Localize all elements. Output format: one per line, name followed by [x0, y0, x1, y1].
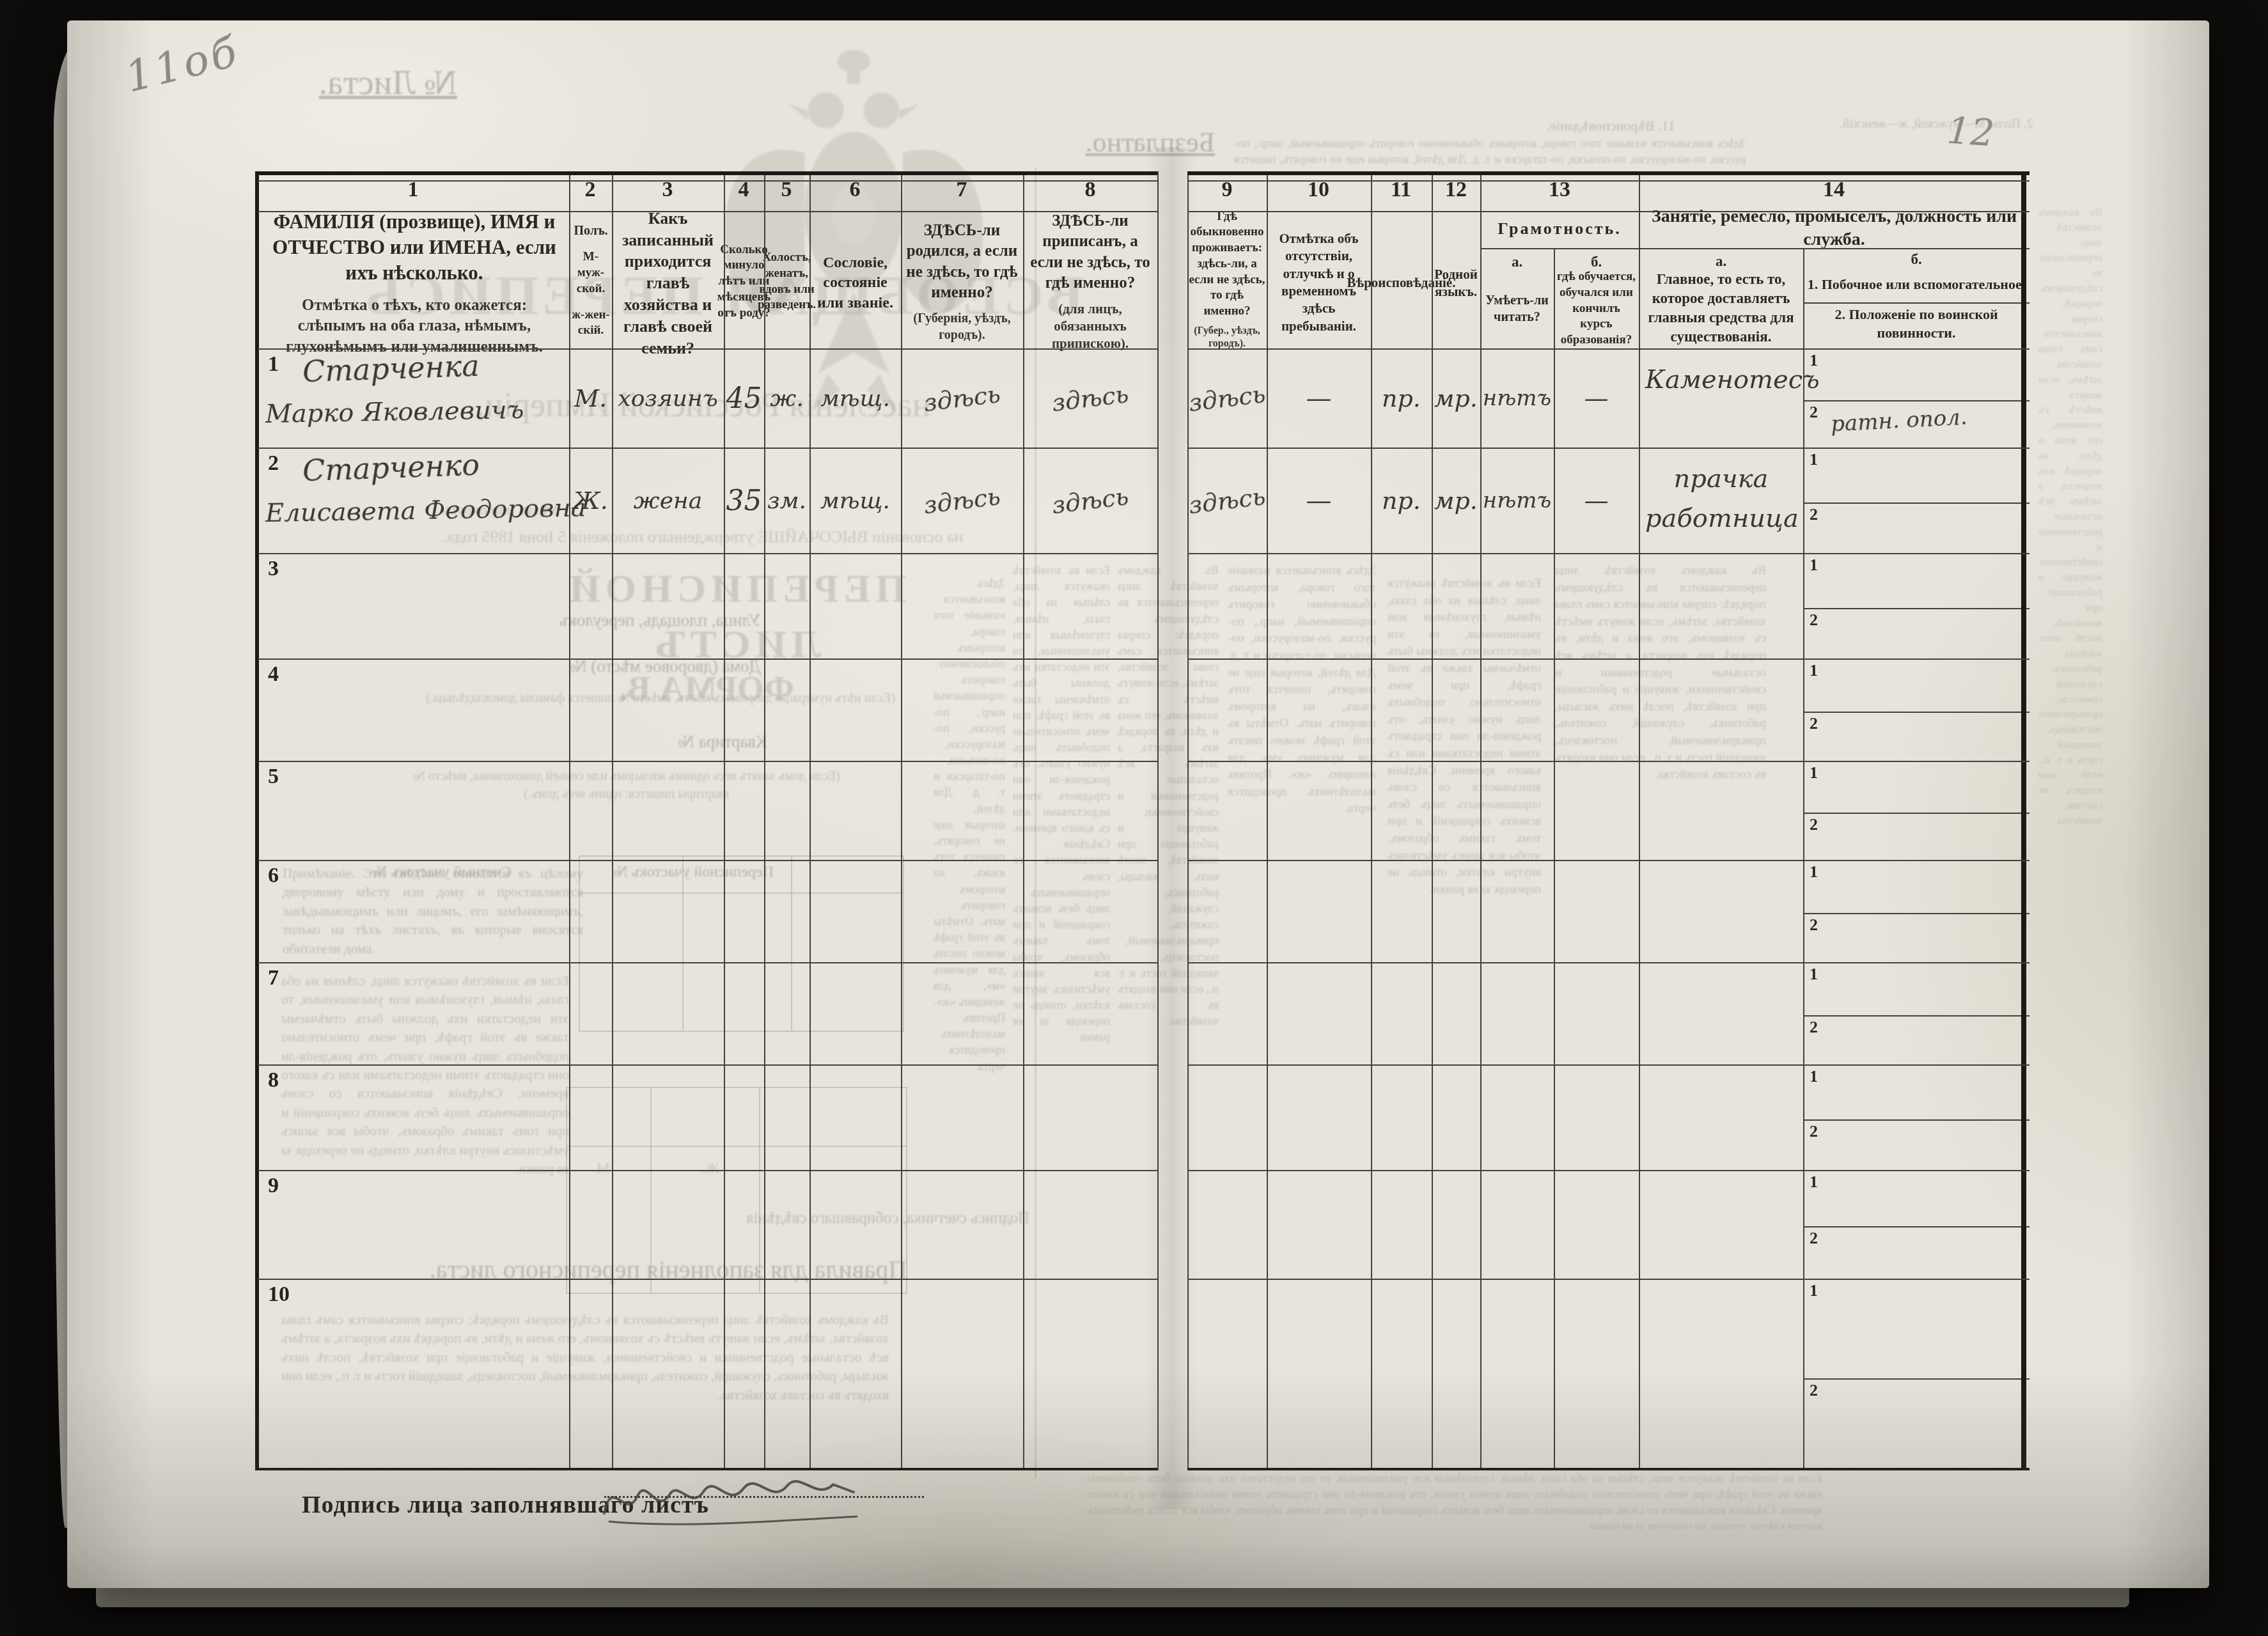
subcell-label-1: 1 — [1810, 661, 1818, 680]
table-row: 1СтарченкаМарко ЯковлевичъМ.хозяинъ45ж.м… — [258, 348, 2029, 448]
subcell-label-1: 1 — [1810, 763, 1818, 783]
cell-resides — [1183, 1008, 1272, 1018]
grid-line — [1157, 171, 1159, 1470]
subcell-label-2: 2 — [1810, 1122, 1818, 1141]
cell-born — [902, 702, 1023, 717]
grid-line — [1803, 1015, 2029, 1017]
cell-born: здѣсь — [900, 479, 1024, 522]
cell-born — [902, 1110, 1023, 1125]
cell-given-name — [265, 599, 559, 604]
bleed-faith-heading: 11. Вѣроисповѣданіе. — [1317, 116, 1675, 136]
grid-line — [569, 171, 570, 1470]
cell-born — [902, 1367, 1023, 1382]
cell-resides — [1183, 905, 1272, 916]
header-name-title: ФАМИЛІЯ (прозвище), ИМЯ и ОТЧЕСТВО или И… — [267, 209, 561, 286]
cell-military-status: ратн. опол. — [1830, 401, 2023, 437]
header-occupation-b-label: б. — [1803, 249, 2029, 270]
header-literacy-a: Умѣетъ-ли читать? — [1482, 274, 1552, 344]
grid-line — [1187, 171, 1189, 1470]
header-rule — [1480, 248, 1639, 249]
header-estate-title: Сословіе, состояніе или званіе. — [811, 253, 900, 313]
cell-registered — [1024, 1216, 1157, 1233]
cell-military-status — [1831, 1380, 2022, 1390]
cell-faith: пр. — [1371, 487, 1432, 515]
header-residence-note: (Губер., уѣздъ, городъ). — [1189, 325, 1265, 352]
subcell-label-1: 1 — [1810, 1172, 1818, 1192]
cell-given-name — [265, 906, 559, 911]
header-literacy-title: Грамотность. — [1498, 218, 1622, 240]
cell-born — [902, 1217, 1023, 1231]
grid-line — [258, 448, 1157, 449]
header-rule — [1803, 302, 2029, 304]
cell-born — [902, 598, 1023, 613]
cell-registered — [1024, 903, 1157, 919]
bleed-bottom-lines: Если въ хозяйствѣ окажутся лица, слѣпыя … — [1087, 1470, 1822, 1529]
cell-given-name — [265, 807, 559, 812]
cell-surname: Старченко — [302, 444, 572, 488]
header-literacy: Грамотность. — [1480, 214, 1639, 244]
grid-line — [764, 171, 765, 1470]
table-row: 612 — [258, 860, 2029, 962]
cell-registered — [1024, 1005, 1157, 1022]
table-row: 812 — [258, 1064, 2029, 1170]
header-birthplace: ЗДѢСЬ-ли родился, а если не здѣсь, то гд… — [902, 219, 1022, 344]
header-language: Родной языкъ. — [1433, 222, 1479, 344]
header-sex-line: ж-жен-скій. — [570, 308, 611, 339]
label-a: а. — [1716, 252, 1726, 271]
grid-line — [258, 211, 1157, 212]
cell-absence: — — [1267, 486, 1371, 515]
header-sex-line: М-муж-ской. — [570, 249, 611, 297]
grid-line — [258, 171, 1157, 175]
grid-line — [1187, 1468, 2029, 1470]
cell-born — [902, 1006, 1023, 1020]
label-b: б. — [1911, 250, 1921, 269]
header-residence-title: Гдѣ обыкновенно проживаетъ: здѣсь-ли, а … — [1189, 209, 1265, 320]
header-relation-title: Какъ записанный приходится главѣ хозяйст… — [613, 208, 723, 359]
grid-line — [258, 860, 1157, 861]
header-name: ФАМИЛІЯ (прозвище), ИМЯ и ОТЧЕСТВО или И… — [267, 222, 561, 344]
row-number: 3 — [268, 557, 279, 581]
cell-age: 45 — [724, 382, 764, 414]
cell-registered: здѣсь — [1022, 376, 1159, 420]
grid-line — [1432, 171, 1433, 1470]
cell-occupation-main: прачка — [1645, 464, 1797, 494]
grid-line — [724, 171, 725, 1470]
cell-resides — [1183, 1369, 1272, 1380]
grid-line — [258, 180, 1157, 182]
header-language-title: Родной языкъ. — [1433, 266, 1479, 301]
subcell-label-1: 1 — [1810, 450, 1818, 469]
cell-estate: мѣщ. — [809, 487, 901, 513]
cell-marital: ж. — [764, 385, 809, 411]
subcell-label-2: 2 — [1810, 1229, 1818, 1248]
subcell-label-2: 2 — [1810, 714, 1818, 733]
row-number: 9 — [268, 1174, 279, 1198]
cell-sex: М. — [569, 384, 612, 412]
cell-given-name — [265, 1216, 559, 1221]
grid-line — [1267, 171, 1268, 1470]
row-number: 6 — [268, 864, 279, 888]
cell-registered — [1024, 1366, 1157, 1383]
header-marital: Холостъ, женатъ, вдовъ или разведенъ. — [765, 219, 808, 344]
cell-resides — [1183, 704, 1272, 715]
bleed-sheet-number-label: № Листа. — [246, 59, 457, 107]
header-occupation-b1-text: 1. Побочное или вспомогательное. — [1808, 276, 2026, 294]
subcell-label-1: 1 — [1810, 1067, 1818, 1086]
header-occupation-a-text: Главное, то есть то, которое доставляетъ… — [1643, 270, 1799, 347]
grid-line — [258, 1064, 1157, 1066]
subcell-label-1: 1 — [1810, 351, 1818, 370]
bleed-name-heading: 2. Полъ. М—мужской, ж—женскій. — [1765, 115, 2033, 166]
grid-line — [1371, 171, 1372, 1470]
header-occupation: Занятіе, ремесло, промыселъ, должность и… — [1639, 212, 2029, 244]
grid-line — [1803, 1119, 2029, 1121]
row-number: 7 — [268, 966, 279, 990]
grid-line — [1554, 248, 1555, 1470]
cell-literacy-a: нѣтъ — [1480, 488, 1554, 513]
header-occupation-a: Главное, то есть то, которое доставляетъ… — [1643, 272, 1799, 344]
header-relation: Какъ записанный приходится главѣ хозяйст… — [613, 222, 723, 344]
subcell-label-2: 2 — [1810, 815, 1818, 834]
grid-line — [1187, 553, 2029, 554]
cell-relation: хозяинъ — [612, 385, 724, 411]
grid-line — [1187, 1279, 2029, 1280]
grid-line — [1187, 171, 2029, 175]
cell-registered — [1024, 802, 1157, 819]
cell-surname: Старченка — [302, 345, 572, 389]
grid-line — [1187, 448, 2029, 449]
cell-literacy-a: нѣтъ — [1480, 386, 1554, 411]
grid-line — [612, 171, 613, 1470]
cell-given-name — [265, 1008, 559, 1013]
subcell-label-1: 1 — [1810, 1281, 1818, 1300]
header-occupation-b1: 1. Побочное или вспомогательное. — [1807, 270, 2026, 299]
cell-military-status — [1831, 1121, 2022, 1131]
header-birthplace-title: ЗДѢСЬ-ли родился, а если не здѣсь, то гд… — [902, 221, 1022, 304]
row-number: 10 — [268, 1282, 290, 1307]
cell-born — [902, 803, 1023, 818]
subcell-label-2: 2 — [1810, 1381, 1818, 1400]
grid-line — [255, 171, 259, 1470]
cell-given-name — [265, 705, 559, 710]
table-row: 712 — [258, 962, 2029, 1064]
grid-line — [1803, 1378, 2029, 1380]
grid-line — [1187, 180, 2029, 182]
grid-line — [1639, 171, 1640, 1470]
header-occupation-b2: 2. Положеніе по воинской повинности. — [1807, 306, 2026, 343]
subcell-label-2: 2 — [1810, 611, 1818, 630]
header-sex-line: Полъ. — [574, 222, 607, 239]
grid-line — [2021, 171, 2026, 1470]
row-number: 1 — [268, 352, 279, 377]
grid-line — [1187, 1064, 2029, 1066]
cell-registered — [1024, 598, 1157, 614]
table-row: 312 — [258, 553, 2029, 658]
cell-occupation-main: Каменотесъ — [1645, 365, 1797, 394]
filler-signature-scribble — [598, 1459, 866, 1536]
subcell-label-2: 2 — [1810, 915, 1818, 935]
cell-age: 35 — [724, 484, 764, 517]
grid-line — [1023, 171, 1024, 1470]
cell-military-status — [1831, 609, 2022, 619]
header-sex: Полъ. М-муж-ской. ж-жен-скій. — [570, 217, 611, 344]
cell-military-status — [1831, 814, 2022, 824]
cell-marital: зм. — [764, 487, 809, 513]
cell-military-status — [1831, 1017, 2022, 1027]
grid-line — [1187, 348, 2029, 350]
table-row: 512 — [258, 761, 2029, 860]
cell-resides — [1183, 1219, 1272, 1229]
table-row: 912 — [258, 1170, 2029, 1279]
grid-line — [1187, 1170, 2029, 1171]
table-row: 2СтарченкоЕлисавета ФеодоровнаЖ.жена35зм… — [258, 448, 2029, 553]
cell-relation: жена — [612, 487, 724, 513]
grid-line — [1187, 658, 2029, 660]
cell-resides — [1183, 805, 1272, 816]
header-literacy-a-text: Умѣетъ-ли читать? — [1482, 292, 1552, 325]
table-row: 412 — [258, 658, 2029, 761]
scanned-census-spread: № Листа. Безплатно. 11об 12 ВСЕОБЩАЯ ПЕР… — [0, 0, 2268, 1636]
cell-sex: Ж. — [569, 487, 612, 515]
row-number: 8 — [268, 1068, 279, 1093]
grid-line — [258, 1279, 1157, 1280]
cell-given-name — [265, 1110, 559, 1116]
cell-military-status — [1831, 1227, 2022, 1238]
grid-line — [901, 171, 902, 1470]
header-faith: Вѣроисповѣданіе. — [1372, 222, 1430, 344]
row-number: 4 — [268, 662, 279, 687]
cell-given-name — [265, 1325, 559, 1330]
header-residence: Гдѣ обыкновенно проживаетъ: здѣсь-ли, а … — [1189, 216, 1265, 344]
grid-line — [258, 348, 1157, 350]
cell-resides — [1183, 600, 1272, 611]
subcell-label-1: 1 — [1810, 965, 1818, 984]
cell-occupation-main: работница — [1645, 504, 1797, 533]
cell-military-status — [1831, 713, 2022, 723]
cell-literacy-b: — — [1554, 384, 1639, 412]
grid-line — [1187, 761, 2029, 762]
grid-line — [258, 962, 1157, 963]
grid-line — [1803, 608, 2029, 609]
subcell-label-2: 2 — [1810, 505, 1818, 524]
header-registration: ЗДѢСЬ-ли приписанъ, а если не здѣсь, то … — [1024, 219, 1156, 344]
grid-line — [1803, 813, 2029, 814]
subcell-label-1: 1 — [1810, 556, 1818, 575]
grid-line — [258, 1170, 1157, 1171]
grid-line — [1480, 171, 1482, 1470]
header-marital-title: Холостъ, женатъ, вдовъ или разведенъ. — [758, 250, 816, 313]
cell-given-name: Марко Яковлевичъ — [265, 394, 560, 429]
header-registration-note: (для лицъ, обязанныхъ припискою). — [1024, 300, 1156, 353]
subcell-label-1: 1 — [1810, 862, 1818, 882]
cell-registered — [1024, 701, 1157, 718]
grid-line — [1187, 211, 2029, 212]
header-registration-title: ЗДѢСЬ-ли приписанъ, а если не здѣсь, то … — [1024, 211, 1156, 294]
table-row: 1012 — [258, 1279, 2029, 1470]
header-estate: Сословіе, состояніе или званіе. — [811, 222, 900, 344]
cell-estate: мѣщ. — [809, 385, 901, 411]
header-occupation-a-label: а. — [1639, 251, 1803, 272]
cell-language: мр. — [1432, 487, 1480, 515]
grid-line — [258, 658, 1157, 660]
grid-line — [1803, 502, 2029, 504]
grid-line — [1803, 913, 2029, 914]
grid-line — [1803, 1226, 2029, 1227]
cell-literacy-b: — — [1554, 487, 1639, 515]
cell-military-status — [1831, 504, 2022, 514]
grid-line — [258, 553, 1157, 554]
cell-resides: здѣсь — [1181, 481, 1273, 520]
cell-absence: — — [1267, 384, 1371, 413]
subcell-label-2: 2 — [1810, 403, 1818, 422]
grid-line — [1803, 400, 2029, 401]
bleed-top-lines: Здѣсь вписывается названіе того говора, … — [1234, 136, 1746, 169]
cell-born: здѣсь — [900, 377, 1024, 419]
header-literacy-b-text: гдѣ обучается, обучался или кончилъ курс… — [1555, 269, 1638, 348]
header-literacy-b: гдѣ обучается, обучался или кончилъ курс… — [1555, 274, 1638, 344]
header-literacy-a-label: а. — [1480, 251, 1554, 274]
grid-line — [1187, 860, 2029, 861]
header-occupation-b2-text: 2. Положеніе по воинской повинности. — [1807, 306, 2026, 342]
cell-language: мр. — [1432, 384, 1480, 412]
cell-born — [902, 903, 1023, 918]
grid-line — [1803, 248, 1804, 1470]
grid-line — [809, 171, 811, 1470]
cell-resides: здѣсь — [1181, 378, 1273, 417]
cell-resides — [1183, 1112, 1272, 1123]
cell-military-status — [1831, 914, 2022, 924]
grid-line — [1803, 712, 2029, 713]
cell-registered — [1024, 1109, 1157, 1126]
row-number: 2 — [268, 451, 279, 476]
header-birthplace-note: (Губернія, уѣздъ, городъ). — [902, 310, 1022, 343]
grid-line — [258, 761, 1157, 762]
bleed-margin-strip: Въ каждомъ хозяйствѣ лица переписываются… — [2038, 205, 2102, 1406]
cell-given-name: Елисавета Феодоровна — [265, 494, 560, 528]
label-a: а. — [1512, 253, 1522, 272]
row-number: 5 — [268, 765, 279, 789]
subcell-label-2: 2 — [1810, 1018, 1818, 1037]
census-table: 1 2 3 4 5 6 7 8 9 10 11 12 13 14 ФАМИЛІЯ… — [258, 171, 2029, 1470]
cell-registered: здѣсь — [1022, 478, 1159, 522]
cell-faith: пр. — [1371, 384, 1432, 412]
grid-line — [1187, 962, 2029, 963]
